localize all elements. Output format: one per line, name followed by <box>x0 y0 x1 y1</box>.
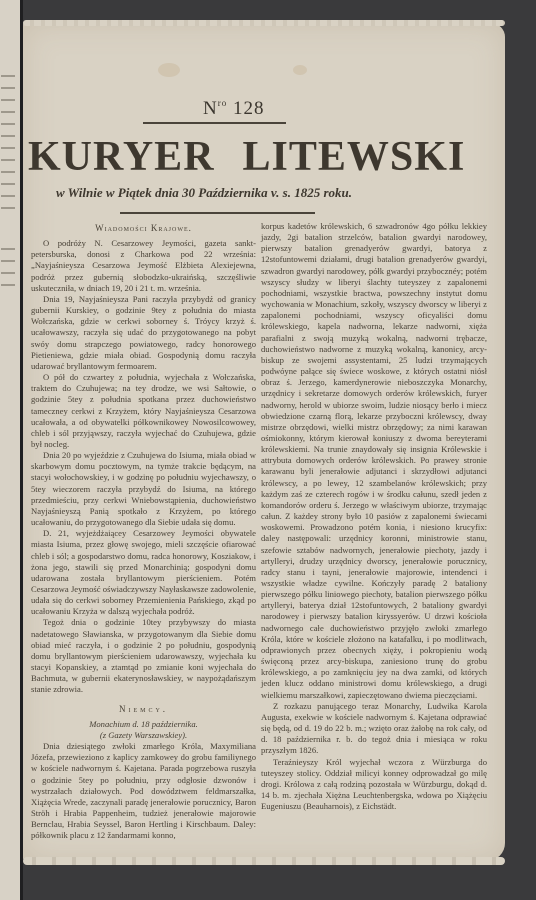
issue-number-value: 128 <box>233 98 265 119</box>
foreign-source: (z Gazety Warszawskiey). <box>31 730 256 741</box>
issue-label: N <box>203 98 218 119</box>
left-column: Wiadomości Krajowe. O podróży N. Cesarzo… <box>31 221 256 841</box>
masthead-rule-bottom <box>120 212 315 214</box>
article-paragraph: D. 21, wyjeżdżaiącey Cesarzowey Jeymości… <box>31 528 256 617</box>
article-paragraph: Tegoż dnia o godzinie 10tey przybywszy d… <box>31 617 256 695</box>
section-title-germany: Niemcy. <box>31 704 256 715</box>
dateline: w Wilnie w Piątek dnia 30 Października v… <box>56 185 352 201</box>
article-paragraph: O pół do czwartey z południa, wyjechała … <box>31 372 256 450</box>
article-paragraph: Teraźnieyszy Król wyjechał wczora z Würz… <box>261 757 487 813</box>
section-title-domestic: Wiadomości Krajowe. <box>31 223 256 234</box>
newspaper-title: KURYERLITEWSKI <box>28 133 428 181</box>
torn-edge-bottom <box>23 857 505 865</box>
article-paragraph: Z rozkazu panującego teraz Monarchy, Lud… <box>261 701 487 757</box>
masthead-rule-top <box>143 122 286 124</box>
foreign-dateline: Monachium d. 18 października. <box>31 719 256 730</box>
title-word-2: LITEWSKI <box>243 134 466 180</box>
newspaper-page: Nro 128 KURYERLITEWSKI w Wilnie w Piątek… <box>23 23 505 861</box>
right-column: korpus kadetów królewskich, 6 szwadronów… <box>261 221 487 812</box>
article-paragraph: Dnia 20 po wyjeździe z Czuhujewa do Isiu… <box>31 450 256 528</box>
issue-suffix: ro <box>218 98 228 108</box>
adjacent-page-edge <box>0 0 20 900</box>
torn-edge-top <box>23 20 505 26</box>
article-paragraph: korpus kadetów królewskich, 6 szwadronów… <box>261 221 487 701</box>
article-paragraph: O podróży N. Cesarzowey Jeymości, gazeta… <box>31 238 256 294</box>
issue-number: Nro 128 <box>203 98 264 120</box>
article-paragraph: Dnia 19, Nayjaśnieysza Pani raczyła przy… <box>31 294 256 372</box>
article-paragraph: Dnia dziesiątego zwłoki zmarłego Króla, … <box>31 741 256 841</box>
title-word-1: KURYER <box>28 134 215 180</box>
